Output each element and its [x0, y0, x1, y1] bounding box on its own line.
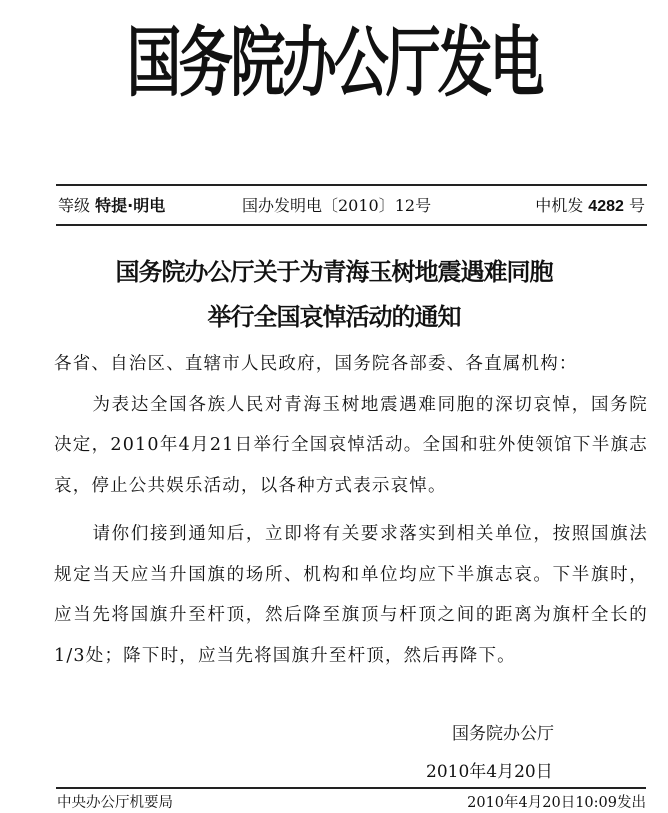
document-number: 国办发明电〔2010〕12号 — [242, 192, 431, 220]
central-number: 4282 — [588, 198, 624, 215]
addressee: 各省、自治区、直辖市人民政府，国务院各部委、各直属机构： — [54, 344, 648, 385]
urgency-grade: 等级 特提·明电 — [58, 192, 165, 220]
header-bottom-rule — [56, 224, 647, 226]
issuer-signature: 国务院办公厅 — [452, 719, 554, 744]
notice-body: 各省、自治区、直辖市人民政府，国务院各部委、各直属机构： 为表达全国各族人民对青… — [54, 344, 648, 676]
grade-value: 特提·明电 — [95, 196, 165, 215]
grade-label: 等级 — [58, 196, 90, 215]
header-top-rule — [56, 184, 647, 186]
body-paragraph-2: 请你们接到通知后，立即将有关要求落实到相关单位，按照国旗法规定当天应当升国旗的场… — [54, 514, 648, 676]
issue-date: 2010年4月20日 — [426, 757, 553, 782]
central-label: 中机发 — [535, 196, 583, 215]
notice-title-line-1: 国务院办公厅关于为青海玉树地震遇难同胞 — [0, 252, 668, 287]
central-suffix: 号 — [629, 196, 645, 215]
masthead-title: 国务院办公厅发电 — [94, 18, 575, 108]
document-meta-row: 等级 特提·明电 国办发明电〔2010〕12号 中机发 4282 号 — [56, 192, 647, 220]
body-paragraph-1: 为表达全国各族人民对青海玉树地震遇难同胞的深切哀悼，国务院决定，2010年4月2… — [54, 385, 648, 507]
footer-sent-time: 2010年4月20日10:09发出 — [467, 791, 646, 812]
central-dispatch-number: 中机发 4282 号 — [535, 192, 645, 221]
notice-title-line-2: 举行全国哀悼活动的通知 — [0, 297, 668, 332]
footer-office: 中央办公厅机要局 — [57, 791, 173, 812]
footer-rule — [56, 787, 646, 789]
